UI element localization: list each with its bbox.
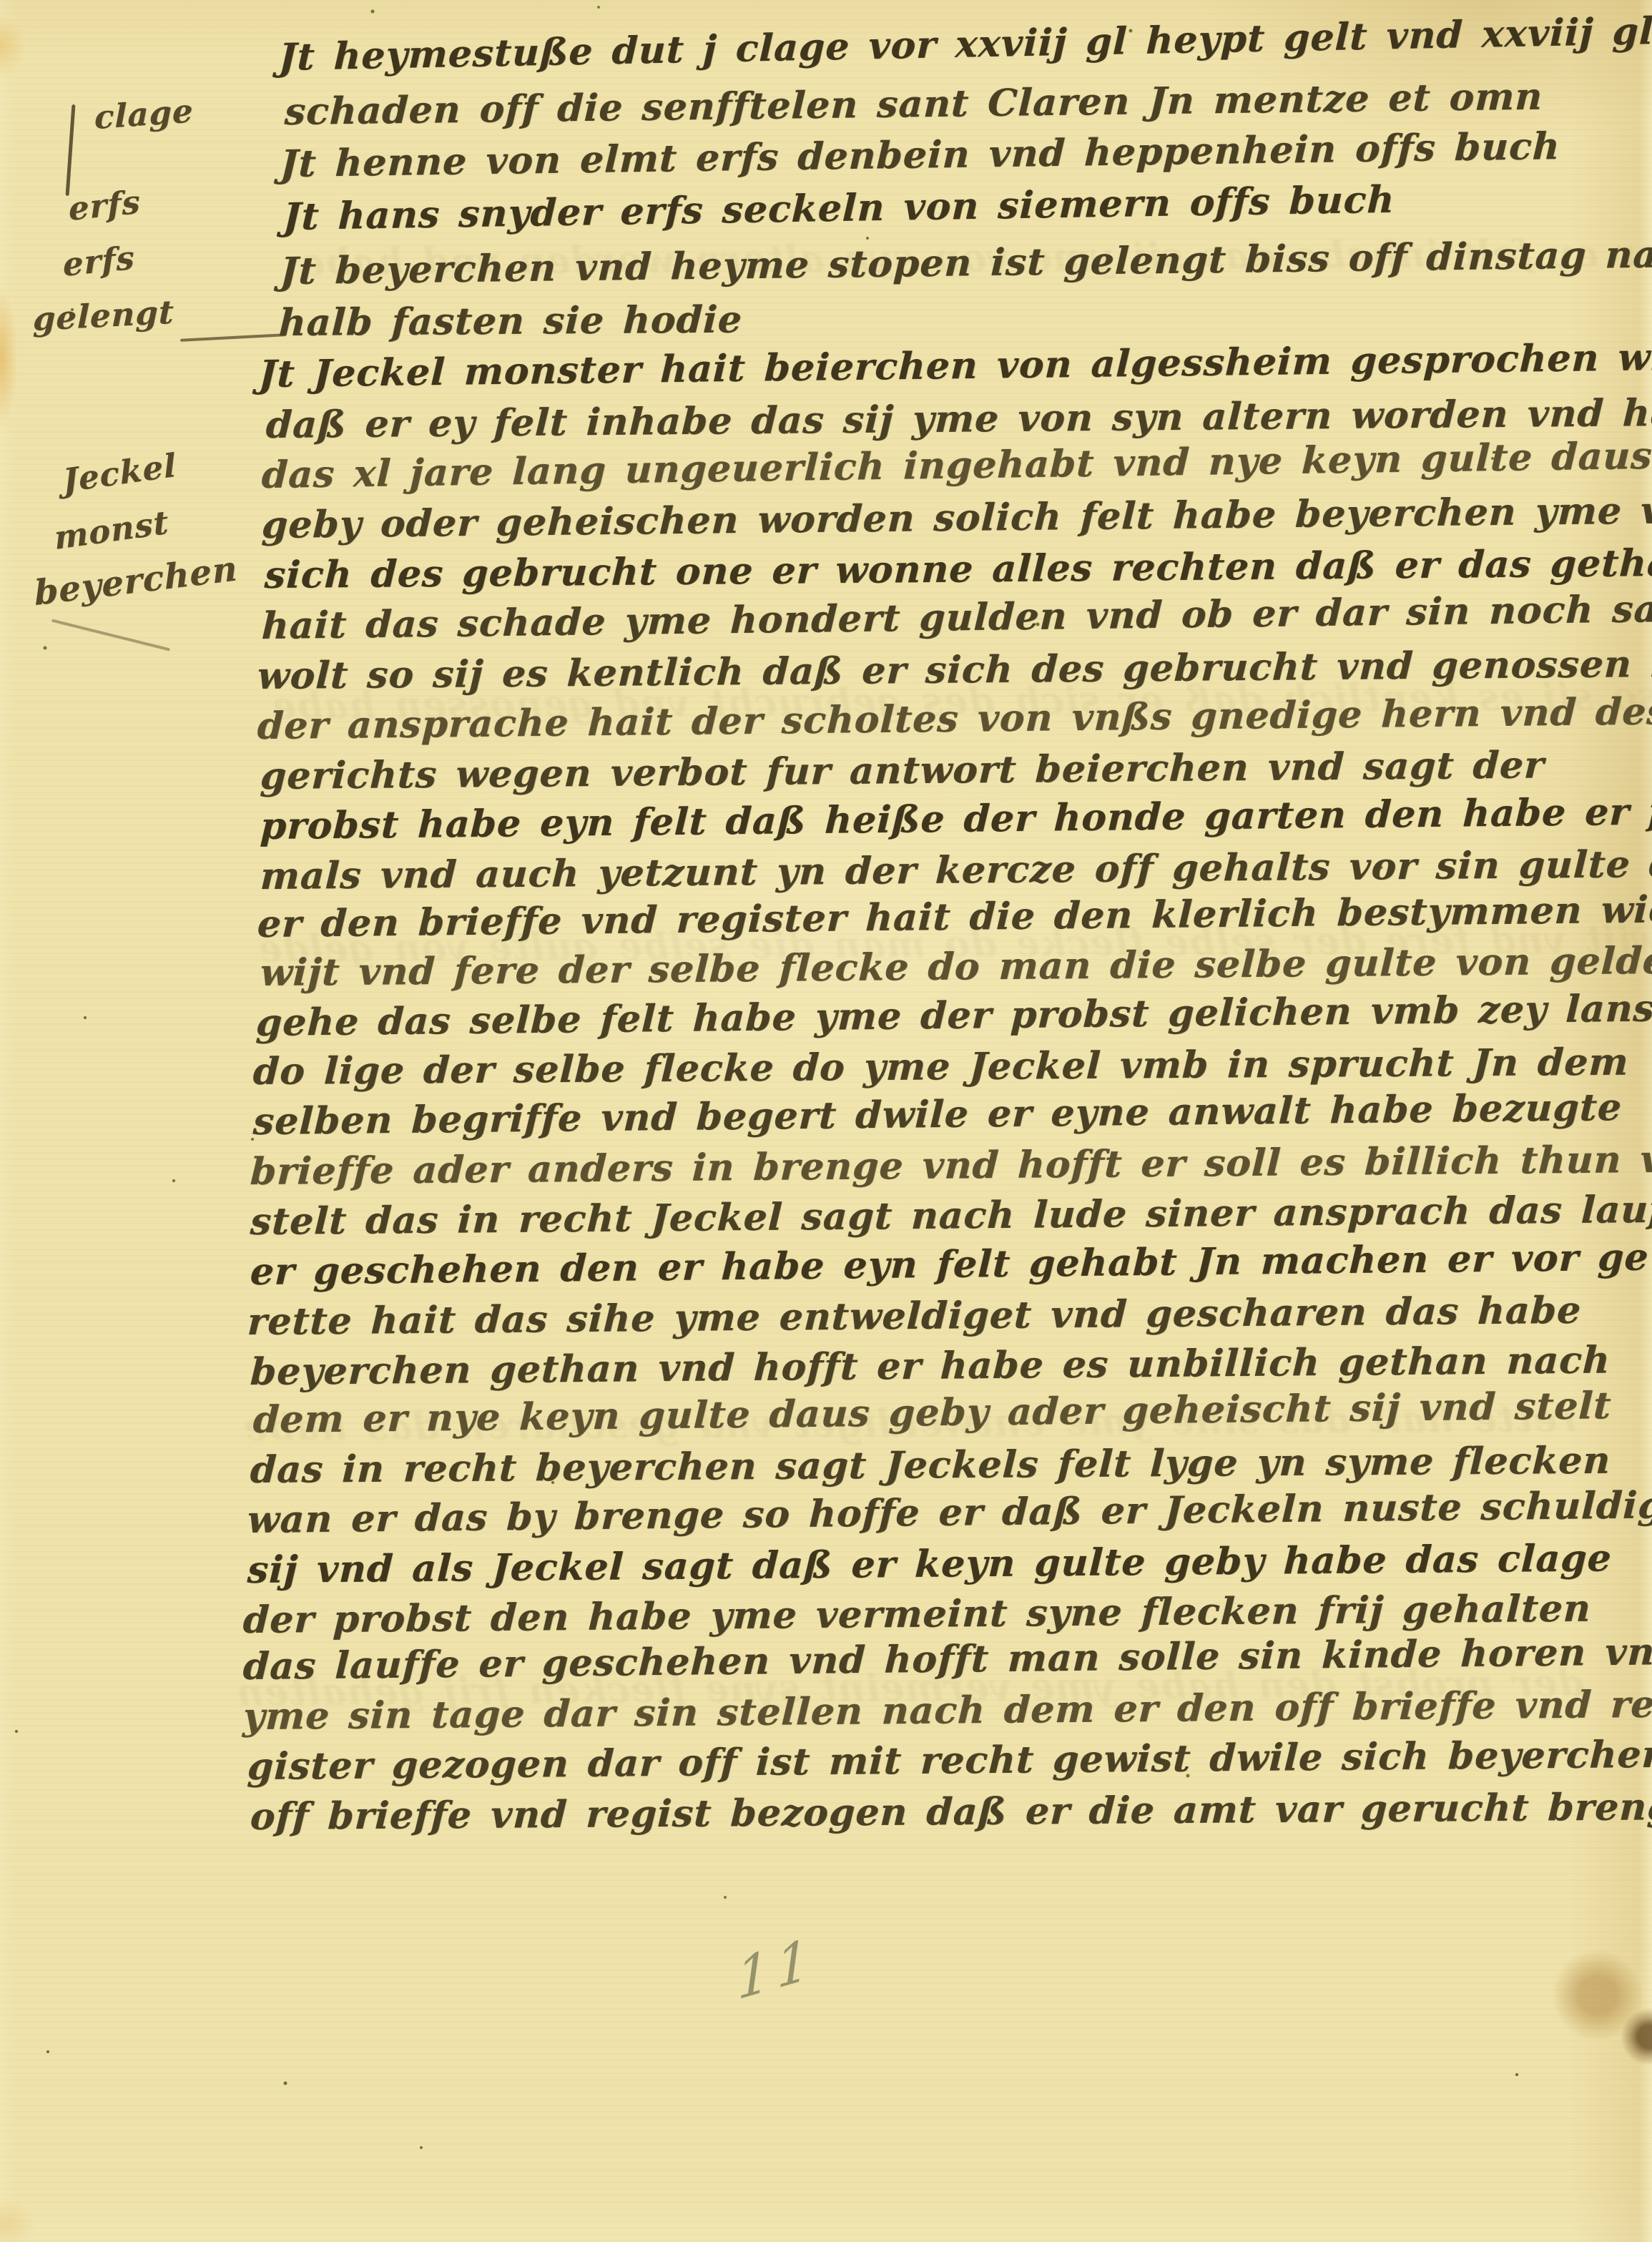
text-line: sich des gebrucht one er wonne alles rec… <box>264 541 1652 597</box>
text-line: geby oder geheischen worden solich felt … <box>261 488 1652 547</box>
margin-flourish-stroke <box>180 333 286 342</box>
margin-note: monst <box>53 503 170 557</box>
text-line: hait das schade yme hondert gulden vnd o… <box>261 586 1652 648</box>
text-line: schaden off die senfftelen sant Claren J… <box>284 74 1544 134</box>
text-line: do lige der selbe flecke do yme Jeckel v… <box>252 1041 1630 1093</box>
text-line: Jt henne von elmt erfs denbein vnd heppe… <box>280 124 1561 186</box>
text-line: er geschehen den er habe eyn felt gehabt… <box>250 1236 1650 1294</box>
margin-tally-stroke <box>66 104 76 196</box>
margin-note: Jeckel <box>62 446 177 500</box>
text-line: Jt hans snyder erfs seckeln von siemern … <box>282 178 1395 239</box>
manuscript-page: daß er ey felt inhabe das sij yme von sy… <box>0 0 1652 2242</box>
folio-number-pencil: 11 <box>735 1924 816 2012</box>
text-line: rette hait das sihe yme entweldiget vnd … <box>247 1289 1583 1344</box>
text-line: Jt heymestuße dut j clage vor xxviij gl … <box>278 9 1652 79</box>
text-line: probst habe eyn felt daß heiße der honde… <box>260 790 1652 848</box>
margin-note: gelengt <box>33 293 174 338</box>
text-line: stelt das in recht Jeckel sagt nach lude… <box>250 1187 1652 1244</box>
text-line: gerichts wegen verbot fur antwort beierc… <box>260 743 1545 798</box>
text-line: sij vnd als Jeckel sagt daß er keyn gult… <box>247 1536 1613 1592</box>
text-line: gister gezogen dar off ist mit recht gew… <box>247 1733 1652 1789</box>
text-line: selben begriffe vnd begert dwile er eyne… <box>252 1086 1623 1144</box>
text-line: off brieffe vnd regist bezogen daß er di… <box>250 1785 1652 1839</box>
margin-flourish-stroke <box>51 619 170 651</box>
margin-note: erfs <box>68 182 141 228</box>
text-line: brieffe ader anders in brenge vnd hofft … <box>250 1137 1652 1194</box>
paper-specks <box>0 0 1 1</box>
text-line: wan er das by brenge so hoffe er daß er … <box>247 1483 1652 1542</box>
text-line: halb fasten sie hodie <box>278 298 744 345</box>
margin-note: clage <box>94 92 193 137</box>
margin-note: beyerchen <box>34 549 239 614</box>
text-line: Jt Jeckel monster hait beierchen von alg… <box>258 335 1652 396</box>
text-line: das in recht beyerchen sagt Jeckels felt… <box>250 1439 1612 1492</box>
margin-note: erfs <box>62 238 135 284</box>
text-line: gehe das selbe felt habe yme der probst … <box>255 986 1652 1045</box>
